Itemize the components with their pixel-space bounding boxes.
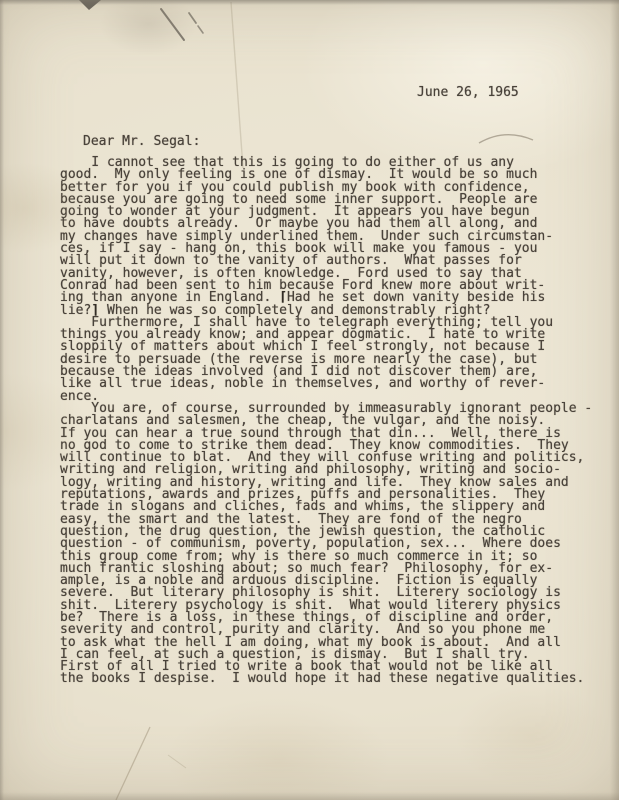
scratch-mark [168, 755, 186, 768]
pen-bracket-open: ⌈ [279, 290, 287, 305]
pen-bracket-close: ⌉ [91, 303, 99, 318]
letter-body: I cannot see that this is going to do ei… [60, 157, 592, 686]
crease-mark-bottom-left [116, 727, 150, 800]
letter-date: June 26, 1965 [417, 87, 519, 99]
letter-salutation: Dear Mr. Segal: [83, 136, 200, 148]
pencil-slash-mark [198, 26, 203, 33]
fold-crease-mark [231, 2, 243, 168]
pencil-arc-mark [479, 135, 533, 143]
pencil-slash-mark [161, 9, 184, 40]
top-edge-smudge-mark [79, 0, 101, 10]
pencil-slash-mark [189, 13, 196, 23]
letter-page: June 26, 1965 Dear Mr. Segal: I cannot s… [0, 0, 619, 800]
